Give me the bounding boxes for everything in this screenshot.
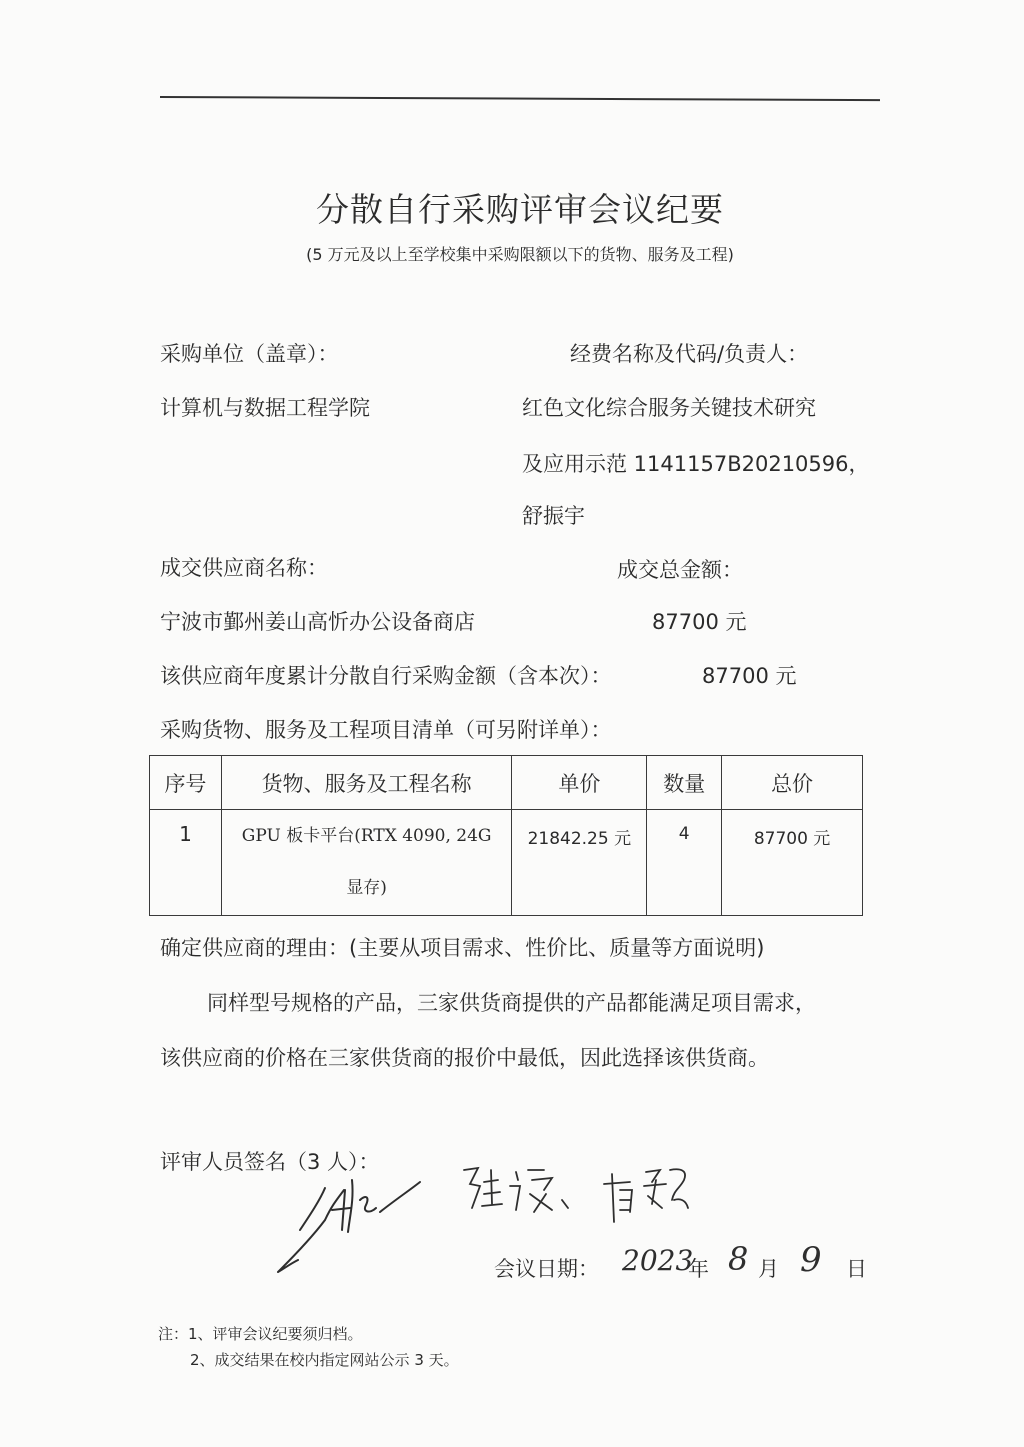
- items-list-label: 采购货物、服务及工程项目清单（可另附详单）：: [160, 714, 612, 744]
- supplier-label: 成交供应商名称：: [160, 552, 328, 582]
- signature-2-icon: [458, 1160, 578, 1230]
- annual-cumulative-label: 该供应商年度累计分散自行采购金额（含本次）：: [160, 660, 612, 690]
- cell-index: 1: [150, 810, 222, 916]
- signature-1-icon: [270, 1160, 440, 1280]
- items-table: 序号 货物、服务及工程名称 单价 数量 总价 1 GPU 板卡平台(RTX 40…: [149, 755, 863, 916]
- cell-unit-price: 21842.25 元: [512, 810, 647, 916]
- meeting-date-year: 2023: [622, 1244, 693, 1277]
- document-subtitle: (5 万元及以上至学校集中采购限额以下的货物、服务及工程): [0, 242, 1024, 265]
- reason-line-2: 该供应商的价格在三家供货商的报价中最低，因此选择该供货商。: [160, 1042, 769, 1072]
- cell-total-price: 87700 元: [722, 810, 863, 916]
- purchaser-label: 采购单位（盖章）：: [160, 338, 339, 368]
- cell-name-line-1: GPU 板卡平台(RTX 4090, 24G: [222, 810, 512, 862]
- cell-name-line-2: 显存): [222, 862, 512, 914]
- signature-3-icon: [600, 1160, 700, 1230]
- header-quantity: 数量: [647, 756, 722, 810]
- total-amount-label: 成交总金额：: [617, 554, 743, 584]
- funding-responsible: 舒振宇: [522, 500, 585, 530]
- funding-line-1: 红色文化综合服务关键技术研究: [522, 392, 816, 422]
- cell-name: GPU 板卡平台(RTX 4090, 24G 显存): [221, 810, 512, 916]
- header-unit-price: 单价: [512, 756, 647, 810]
- note-line-2: 2、成交结果在校内指定网站公示 3 天。: [190, 1349, 459, 1370]
- total-amount-value: 87700 元: [652, 606, 746, 636]
- table-header-row: 序号 货物、服务及工程名称 单价 数量 总价: [150, 756, 863, 810]
- reason-label: 确定供应商的理由：(主要从项目需求、性价比、质量等方面说明): [160, 932, 764, 962]
- header-rule: [160, 96, 880, 101]
- annual-cumulative-value: 87700 元: [702, 660, 796, 690]
- funding-label: 经费名称及代码/负责人：: [570, 338, 808, 368]
- meeting-date-month: 8: [728, 1240, 748, 1278]
- meeting-date-day-unit: 日: [846, 1253, 867, 1283]
- document-title: 分散自行采购评审会议纪要: [0, 184, 1024, 231]
- funding-line-2: 及应用示范 1141157B20210596，: [522, 448, 870, 478]
- meeting-date-year-unit: 年: [688, 1253, 709, 1283]
- header-total-price: 总价: [722, 756, 863, 810]
- cell-quantity: 4: [647, 810, 722, 916]
- meeting-date-label: 会议日期：: [494, 1253, 599, 1283]
- table-row: 1 GPU 板卡平台(RTX 4090, 24G 显存) 21842.25 元 …: [150, 810, 863, 916]
- header-name: 货物、服务及工程名称: [221, 756, 512, 810]
- supplier-value: 宁波市鄞州姜山高忻办公设备商店: [160, 606, 475, 636]
- reason-line-1: 同样型号规格的产品，三家供货商提供的产品都能满足项目需求，: [207, 987, 816, 1017]
- header-index: 序号: [150, 756, 222, 810]
- meeting-date-day: 9: [800, 1240, 822, 1280]
- purchaser-value: 计算机与数据工程学院: [160, 392, 370, 422]
- meeting-date-month-unit: 月: [758, 1253, 779, 1283]
- note-line-1: 注：1、评审会议纪要须归档。: [158, 1323, 363, 1344]
